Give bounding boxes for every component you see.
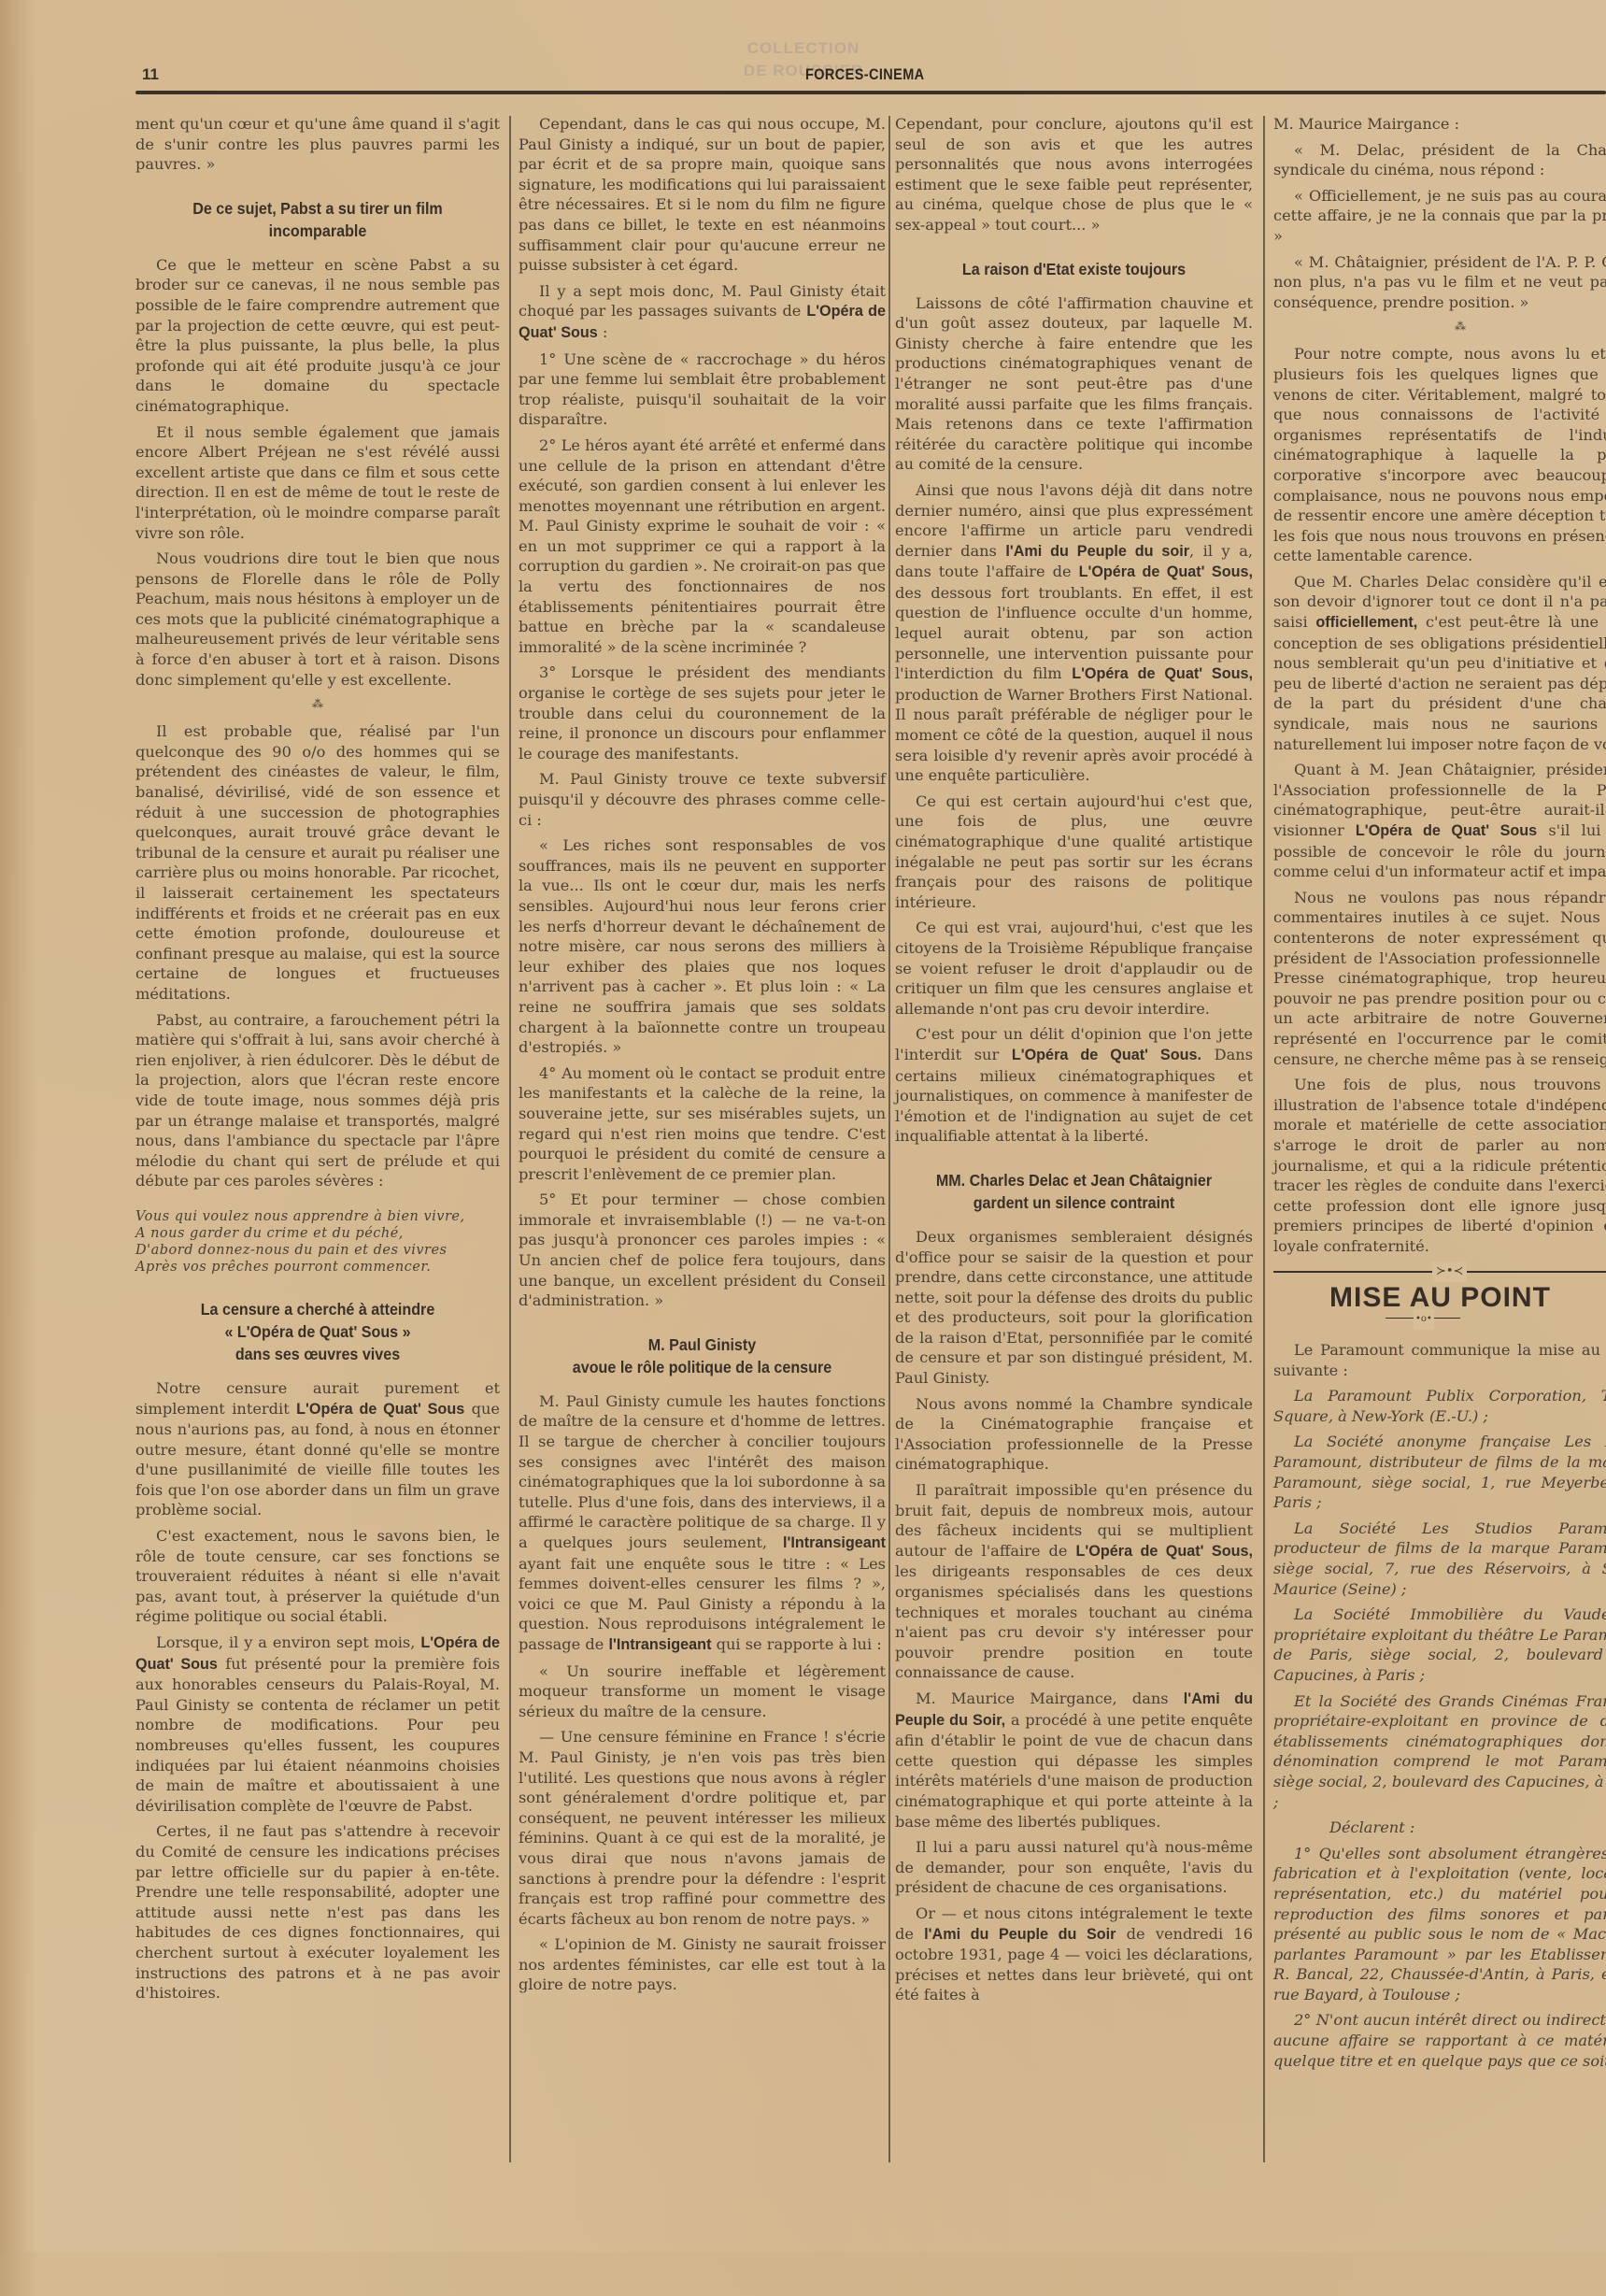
- paragraph: Une fois de plus, nous trouvons une illu…: [1273, 1075, 1606, 1256]
- column-divider: [509, 116, 511, 2162]
- list-item: 4° Au moment où le contact se produit en…: [519, 1063, 886, 1185]
- quotation: — Une censure féminine en France ! s'écr…: [519, 1727, 886, 1929]
- paragraph: Deux organismes sembleraient désignés d'…: [895, 1227, 1253, 1389]
- paragraph: M. Maurice Mairgance :: [1273, 114, 1606, 135]
- page-number: 11: [142, 65, 159, 84]
- page-edge-shadow: [0, 0, 37, 2296]
- asterism-divider: ⁂: [135, 697, 500, 710]
- column-1: ment qu'un cœur et qu'une âme quand il s…: [135, 114, 500, 2009]
- ornamental-divider: •o•: [1386, 1314, 1460, 1323]
- newspaper-title: FORCES-CINEMA: [805, 65, 925, 84]
- list-item: 2° N'ont aucun intérêt direct ou indirec…: [1273, 2010, 1606, 2071]
- paragraph: Que M. Charles Delac considère qu'il est…: [1273, 572, 1606, 754]
- paragraph: Notre censure aurait purement et simplem…: [135, 1378, 500, 1520]
- notice-body: La Paramount Publix Corporation, Times S…: [1273, 1386, 1606, 2071]
- paragraph: Laissons de côté l'affirmation chauvine …: [895, 293, 1253, 475]
- paragraph: M. Paul Ginisty trouve ce texte subversi…: [519, 769, 886, 830]
- paragraph: Quant à M. Jean Châtaignier, président d…: [1273, 760, 1606, 882]
- list-item: 1° Qu'elles sont absolument étrangères à…: [1273, 1844, 1606, 2005]
- paragraph: C'est pour un délit d'opinion que l'on j…: [895, 1024, 1253, 1147]
- section-heading: La raison d'Etat existe toujours: [909, 258, 1238, 280]
- paragraph: Il lui a paru aussi naturel qu'à nous-mê…: [895, 1837, 1253, 1898]
- asterism-divider: ⁂: [1273, 320, 1606, 333]
- paragraph: Et il nous semble également que jamais e…: [135, 422, 500, 544]
- paragraph: Nous avons nommé la Chambre syndicale de…: [895, 1394, 1253, 1475]
- quotation: « L'opinion de M. Ginisty ne saurait fro…: [519, 1934, 886, 1995]
- masthead-rule: [135, 91, 1606, 94]
- paragraph: La Société anonyme française Les Films P…: [1273, 1432, 1606, 1512]
- paragraph: Or — et nous citons intégralement le tex…: [895, 1904, 1253, 2005]
- paragraph: Le Paramount communique la mise au point…: [1273, 1340, 1606, 1380]
- paragraph: Lorsque, il y a environ sept mois, L'Opé…: [135, 1633, 500, 1816]
- paragraph: Cependant, dans le cas qui nous occupe, …: [519, 114, 886, 276]
- section-heading: M. Paul Ginisty avoue le rôle politique …: [533, 1333, 872, 1378]
- column-divider: [888, 116, 890, 2162]
- paragraph: Il y a sept mois donc, M. Paul Ginisty é…: [519, 281, 886, 344]
- quotation: « Officiellement, je ne suis pas au cour…: [1273, 186, 1606, 247]
- ornamental-divider: ≻•≺: [1273, 1265, 1606, 1278]
- paragraph: Ce que le metteur en scène Pabst a su br…: [135, 255, 500, 417]
- paragraph: Ainsi que nous l'avons déjà dit dans not…: [895, 480, 1253, 786]
- paragraph: La Société Les Studios Paramount, produc…: [1273, 1519, 1606, 1599]
- paragraph: Pour notre compte, nous avons lu et relu…: [1273, 344, 1606, 566]
- paragraph: La Société Immobilière du Vaudeville, pr…: [1273, 1604, 1606, 1685]
- paragraph: Il est probable que, réalisé par l'un qu…: [135, 721, 500, 1004]
- paragraph: Certes, il ne faut pas s'attendre à rece…: [135, 1821, 500, 2003]
- section-heading: De ce sujet, Pabst a su tirer un film in…: [150, 197, 486, 242]
- paragraph: M. Paul Ginisty cumule les hautes foncti…: [519, 1391, 886, 1656]
- paragraph: Il paraîtrait impossible qu'en présence …: [895, 1480, 1253, 1683]
- list-item: 3° Lorsque le président des mendiants or…: [519, 663, 886, 763]
- column-4: M. Maurice Mairgance : « M. Delac, prési…: [1273, 114, 1606, 2076]
- paragraph: Nous ne voulons pas nous répandre en com…: [1273, 888, 1606, 1069]
- paragraph: M. Maurice Mairgance, dans l'Ami du Peup…: [895, 1689, 1253, 1832]
- column-3: Cependant, pour conclure, ajoutons qu'il…: [895, 114, 1253, 2011]
- paragraph: Déclarent :: [1273, 1818, 1606, 1838]
- masthead: 11 FORCES-CINEMA: [133, 64, 1606, 92]
- column-divider: [1263, 116, 1265, 2162]
- paragraph: Cependant, pour conclure, ajoutons qu'il…: [895, 114, 1253, 235]
- paragraph: Ce qui est vrai, aujourd'hui, c'est que …: [895, 918, 1253, 1019]
- list-item: 5° Et pour terminer — chose combien immo…: [519, 1190, 886, 1311]
- paragraph: La Paramount Publix Corporation, Times S…: [1273, 1386, 1606, 1426]
- page-bottom-margin: [0, 2252, 1606, 2296]
- paragraph: Nous voudrions dire tout le bien que nou…: [135, 549, 500, 690]
- list-item: 2° Le héros ayant été arrêté et enfermé …: [519, 435, 886, 658]
- paragraph: Ce qui est certain aujourd'hui c'est que…: [895, 791, 1253, 913]
- paragraph: Pabst, au contraire, a farouchement pétr…: [135, 1010, 500, 1191]
- quotation: « M. Châtaignier, président de l'A. P. P…: [1273, 252, 1606, 313]
- paragraph: ment qu'un cœur et qu'une âme quand il s…: [135, 114, 500, 175]
- section-heading: MM. Charles Delac et Jean Châtaignier ga…: [909, 1169, 1238, 1214]
- paragraph: Et la Société des Grands Cinémas Françai…: [1273, 1691, 1606, 1813]
- quotation: « M. Delac, président de la Chambre synd…: [1273, 140, 1606, 180]
- quotation: « Les riches sont responsables de vos so…: [519, 835, 886, 1058]
- quotation: « Un sourire ineffable et légèrement moq…: [519, 1661, 886, 1722]
- column-2: Cependant, dans le cas qui nous occupe, …: [519, 114, 886, 2001]
- notice-title: MISE AU POINT: [1273, 1288, 1606, 1308]
- list-item: 1° Une scène de « raccrochage » du héros…: [519, 349, 886, 430]
- section-heading: La censure a cherché à atteindre « L'Opé…: [150, 1298, 486, 1365]
- paragraph: C'est exactement, nous le savons bien, l…: [135, 1526, 500, 1627]
- song-verse: Vous qui voulez nous apprendre à bien vi…: [135, 1208, 500, 1276]
